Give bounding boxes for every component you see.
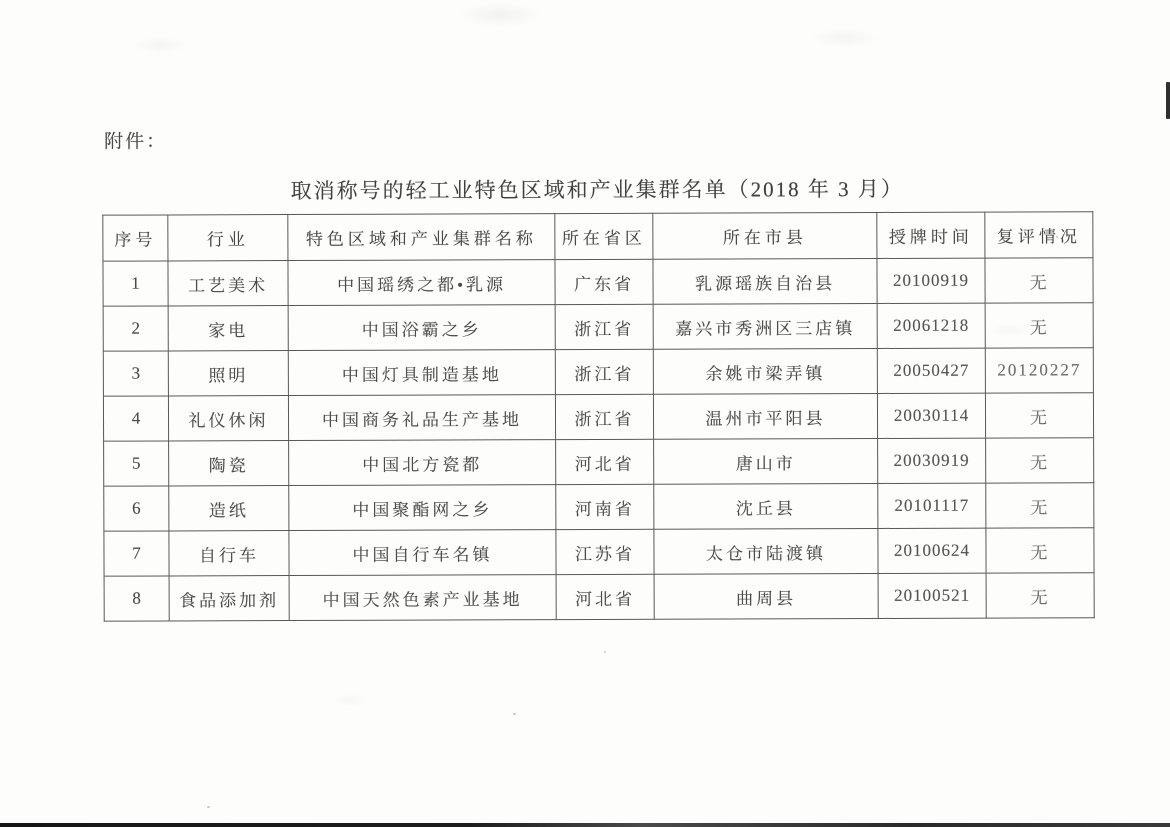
table-row: 7自行车中国自行车名镇江苏省太仓市陆渡镇20100624无 bbox=[104, 528, 1094, 576]
column-header: 行业 bbox=[168, 215, 288, 261]
cell-industry: 礼仪休闲 bbox=[168, 396, 288, 441]
cell-city: 唐山市 bbox=[654, 438, 878, 484]
cell-award-date: 20100624 bbox=[878, 528, 986, 573]
cell-index: 6 bbox=[104, 486, 169, 531]
cell-review-status: 无 bbox=[985, 303, 1093, 348]
cell-index: 2 bbox=[103, 306, 168, 351]
cell-province: 浙江省 bbox=[555, 349, 653, 394]
cell-award-date: 20030919 bbox=[878, 438, 986, 483]
table-row: 6造纸中国聚酯网之乡河南省沈丘县20101117无 bbox=[104, 483, 1094, 531]
table-row: 8食品添加剂中国天然色素产业基地河北省曲周县20100521无 bbox=[104, 573, 1094, 621]
cell-cluster-name: 中国自行车名镇 bbox=[289, 530, 556, 576]
table-row: 2家电中国浴霸之乡浙江省嘉兴市秀洲区三店镇20061218无 bbox=[103, 303, 1093, 351]
header-row: 序号行业特色区域和产业集群名称所在省区所在市县授牌时间复评情况 bbox=[103, 212, 1093, 261]
cell-review-status: 无 bbox=[985, 393, 1093, 438]
cell-award-date: 20100521 bbox=[878, 573, 986, 618]
cell-industry: 陶瓷 bbox=[169, 441, 289, 486]
cell-award-date: 20100919 bbox=[877, 258, 985, 303]
cell-province: 浙江省 bbox=[555, 394, 653, 439]
column-header: 特色区域和产业集群名称 bbox=[288, 214, 555, 261]
cell-review-status: 无 bbox=[986, 528, 1094, 573]
cell-city: 嘉兴市秀洲区三店镇 bbox=[653, 303, 877, 349]
scan-speck bbox=[513, 713, 516, 715]
cell-cluster-name: 中国天然色素产业基地 bbox=[289, 575, 556, 621]
cell-province: 广东省 bbox=[555, 259, 653, 304]
cell-city: 乳源瑶族自治县 bbox=[653, 258, 877, 304]
scan-speck bbox=[1056, 236, 1058, 238]
cell-industry: 造纸 bbox=[169, 486, 289, 531]
cell-city: 曲周县 bbox=[654, 573, 878, 619]
scan-speck bbox=[604, 651, 606, 653]
cell-index: 1 bbox=[103, 261, 168, 306]
cell-review-status: 无 bbox=[986, 573, 1094, 618]
cell-industry: 照明 bbox=[168, 351, 288, 396]
cell-review-status: 20120227 bbox=[985, 348, 1093, 393]
document-title: 取消称号的轻工业特色区域和产业集群名单（2018 年 3 月） bbox=[102, 172, 1092, 205]
scan-content: 附件： 取消称号的轻工业特色区域和产业集群名单（2018 年 3 月） 序号行业… bbox=[0, 0, 1170, 827]
cell-city: 太仓市陆渡镇 bbox=[654, 528, 878, 574]
table-body: 1工艺美术中国瑶绣之都•乳源广东省乳源瑶族自治县20100919无2家电中国浴霸… bbox=[103, 258, 1094, 621]
cell-review-status: 无 bbox=[986, 438, 1094, 483]
column-header: 所在省区 bbox=[555, 213, 653, 259]
attachment-label: 附件： bbox=[104, 126, 167, 153]
table-row: 5陶瓷中国北方瓷都河北省唐山市20030919无 bbox=[104, 438, 1094, 486]
scan-speck bbox=[207, 806, 210, 808]
cell-industry: 自行车 bbox=[169, 531, 289, 576]
cell-industry: 工艺美术 bbox=[168, 261, 288, 306]
cell-city: 余姚市梁弄镇 bbox=[653, 348, 877, 394]
scan-artifact-bottom-edge bbox=[0, 823, 1170, 827]
column-header: 序号 bbox=[103, 215, 168, 261]
cell-city: 沈丘县 bbox=[654, 483, 878, 529]
cell-industry: 家电 bbox=[168, 306, 288, 351]
cell-cluster-name: 中国北方瓷都 bbox=[289, 440, 556, 486]
table-header: 序号行业特色区域和产业集群名称所在省区所在市县授牌时间复评情况 bbox=[103, 212, 1093, 261]
cell-province: 浙江省 bbox=[555, 304, 653, 349]
cell-review-status: 无 bbox=[985, 258, 1093, 303]
cell-cluster-name: 中国瑶绣之都•乳源 bbox=[288, 260, 555, 306]
cell-cluster-name: 中国浴霸之乡 bbox=[288, 305, 555, 351]
cell-province: 河北省 bbox=[556, 574, 654, 619]
cell-cluster-name: 中国聚酯网之乡 bbox=[289, 485, 556, 531]
column-header: 所在市县 bbox=[653, 212, 877, 259]
cell-industry: 食品添加剂 bbox=[169, 576, 289, 621]
cell-index: 7 bbox=[104, 531, 169, 576]
scan-artifact-right-edge bbox=[1166, 82, 1170, 119]
cell-cluster-name: 中国灯具制造基地 bbox=[288, 350, 555, 396]
cell-cluster-name: 中国商务礼品生产基地 bbox=[288, 395, 555, 441]
cell-award-date: 20050427 bbox=[877, 348, 985, 393]
cell-province: 江苏省 bbox=[556, 529, 654, 574]
column-header: 复评情况 bbox=[985, 212, 1093, 258]
cell-review-status: 无 bbox=[986, 483, 1094, 528]
table-row: 4礼仪休闲中国商务礼品生产基地浙江省温州市平阳县20030114无 bbox=[103, 393, 1093, 441]
revocation-table: 序号行业特色区域和产业集群名称所在省区所在市县授牌时间复评情况 1工艺美术中国瑶… bbox=[102, 211, 1094, 621]
scanned-page: 附件： 取消称号的轻工业特色区域和产业集群名单（2018 年 3 月） 序号行业… bbox=[0, 0, 1170, 827]
cell-province: 河南省 bbox=[556, 484, 654, 529]
cell-index: 5 bbox=[104, 441, 169, 486]
cell-index: 8 bbox=[104, 576, 169, 621]
table-row: 3照明中国灯具制造基地浙江省余姚市梁弄镇2005042720120227 bbox=[103, 348, 1093, 396]
cell-index: 3 bbox=[103, 351, 168, 396]
table-row: 1工艺美术中国瑶绣之都•乳源广东省乳源瑶族自治县20100919无 bbox=[103, 258, 1093, 306]
cell-award-date: 20061218 bbox=[877, 303, 985, 348]
cell-index: 4 bbox=[103, 396, 168, 441]
cell-award-date: 20030114 bbox=[877, 393, 985, 438]
cell-award-date: 20101117 bbox=[878, 483, 986, 528]
column-header: 授牌时间 bbox=[877, 212, 985, 258]
cell-province: 河北省 bbox=[556, 439, 654, 484]
cell-city: 温州市平阳县 bbox=[653, 393, 877, 439]
